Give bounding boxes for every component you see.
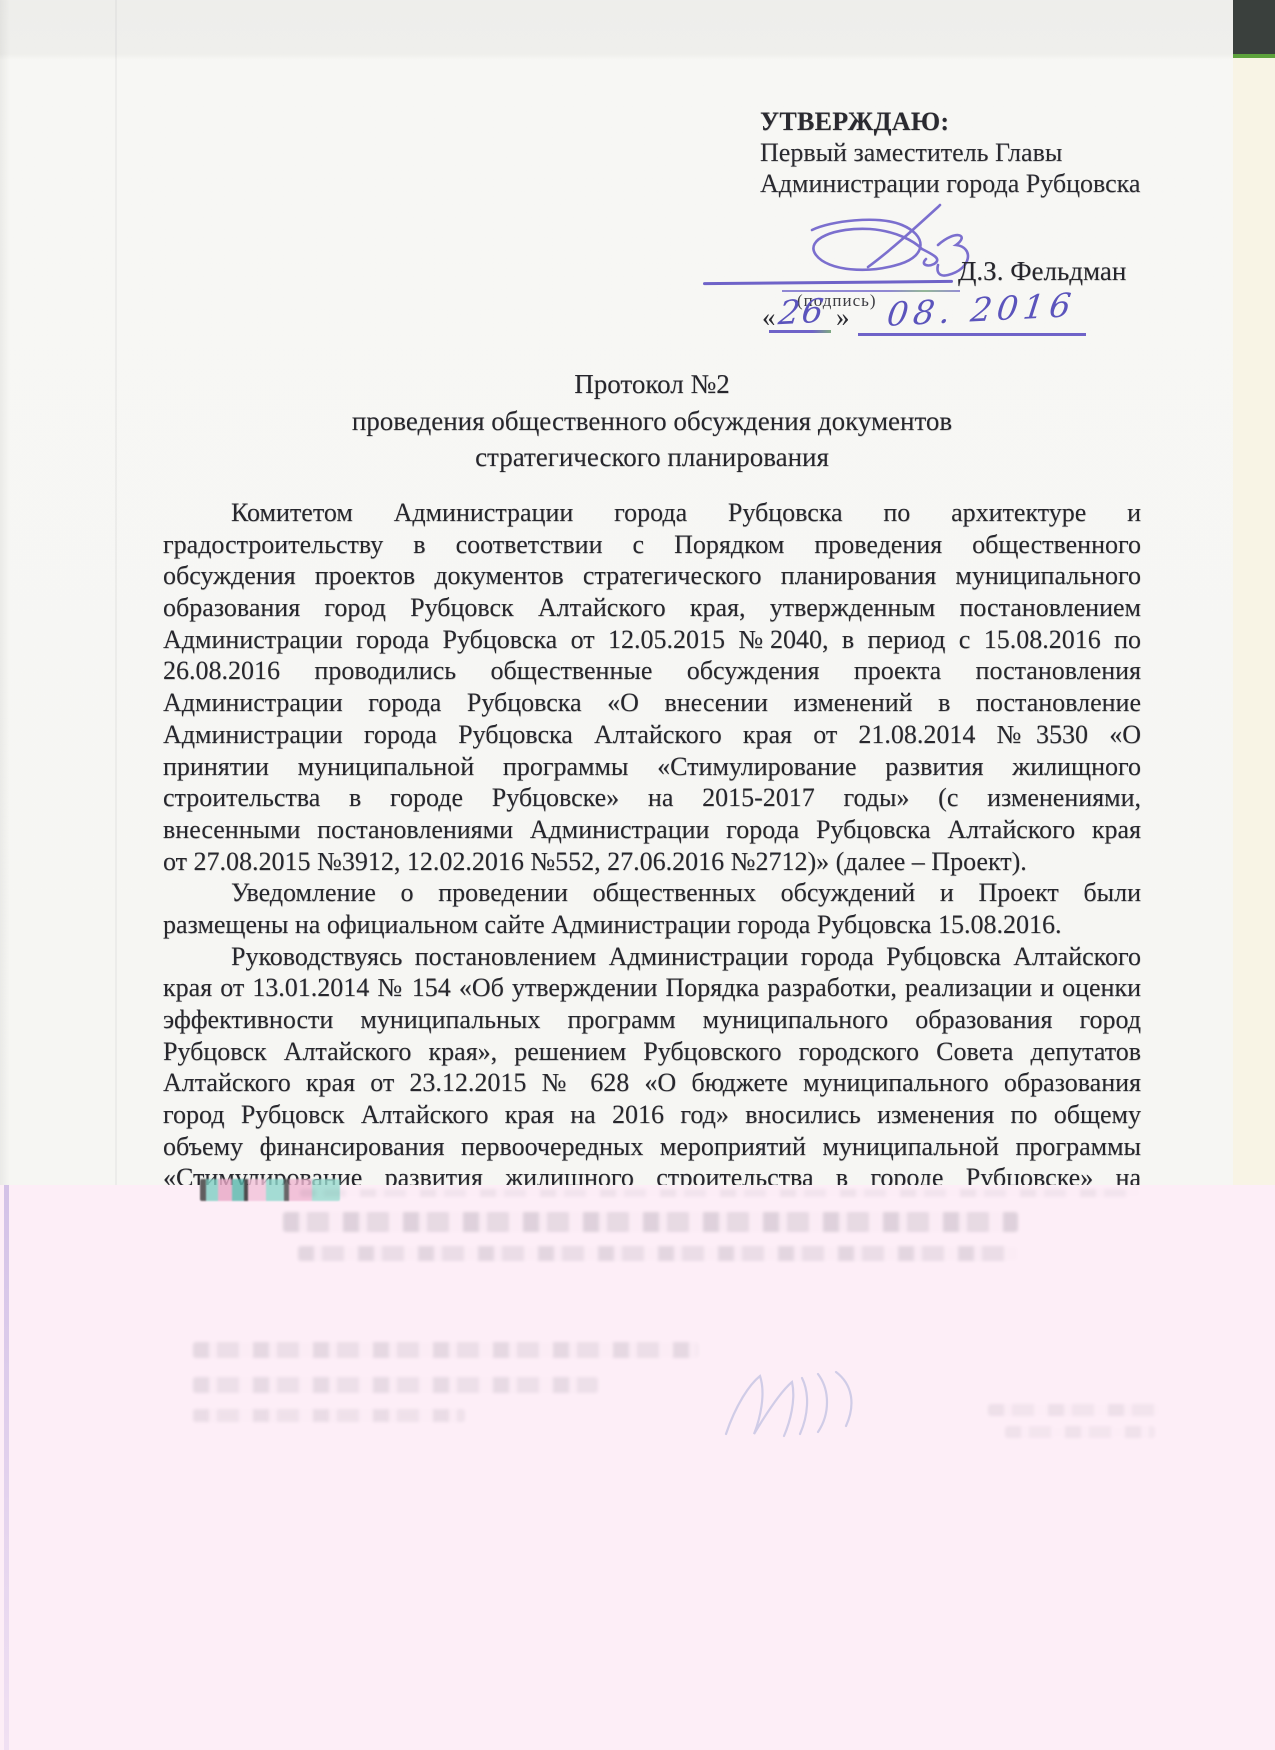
ghost-text-line xyxy=(193,1409,465,1422)
text-line: образования город Рубцовск Алтайского кр… xyxy=(163,592,1141,624)
text-line: город Рубцовск Алтайского края на 2016 г… xyxy=(163,1099,1141,1131)
text-line: Алтайского края от 23.12.2015 № 628 «О б… xyxy=(163,1067,1141,1099)
text-line: Комитетом Администрации города Рубцовска… xyxy=(163,497,1141,529)
page-fold-line xyxy=(115,0,117,1185)
ghost-text-line xyxy=(300,1189,1140,1197)
text-line: эффективности муниципальных программ мун… xyxy=(163,1004,1141,1036)
ghost-text-line xyxy=(193,1377,598,1393)
page-left-shadow xyxy=(0,0,10,1185)
scan-corner-square xyxy=(1233,0,1275,58)
paragraph: Комитетом Администрации города Рубцовска… xyxy=(163,497,1141,877)
title-line: проведения общественного обсуждения доку… xyxy=(163,403,1141,440)
text-line: принятии муниципальной программы «Стимул… xyxy=(163,751,1141,783)
scanned-document: УТВЕРЖДАЮ: Первый заместитель Главы Адми… xyxy=(0,0,1275,1750)
text-line: Администрации города Рубцовска Алтайског… xyxy=(163,719,1141,751)
title-line: Протокол №2 xyxy=(163,366,1141,403)
signer-name: Д.З. Фельдман xyxy=(958,256,1126,287)
corrupted-scan-region xyxy=(0,1185,1275,1750)
approval-heading: УТВЕРЖДАЮ: xyxy=(760,106,1140,137)
pink-left-edge-line xyxy=(4,1185,9,1750)
text-line: размещены на официальном сайте Администр… xyxy=(163,909,1141,941)
approver-title-line: Первый заместитель Главы xyxy=(760,137,1140,168)
text-line: от 27.08.2015 №3912, 12.02.2016 №552, 27… xyxy=(163,846,1141,878)
paragraph: Руководствуясь постановлением Администра… xyxy=(163,941,1141,1185)
text-line: Администрации города Рубцовска от 12.05.… xyxy=(163,624,1141,656)
document-page: УТВЕРЖДАЮ: Первый заместитель Главы Адми… xyxy=(0,0,1234,1185)
date-day-underline xyxy=(769,330,831,333)
text-line: 26.08.2016 проводились общественные обсу… xyxy=(163,655,1141,687)
text-line: обсуждения проектов документов стратегич… xyxy=(163,560,1141,592)
title-line: стратегического планирования xyxy=(163,439,1141,476)
ghost-text-line xyxy=(193,1342,698,1358)
text-line: края от 13.01.2014 № 154 «Об утверждении… xyxy=(163,972,1141,1004)
document-title: Протокол №2 проведения общественного обс… xyxy=(163,366,1141,476)
text-line: строительства в городе Рубцовске» на 201… xyxy=(163,782,1141,814)
text-line: Руководствуясь постановлением Администра… xyxy=(163,941,1141,973)
ghost-signature-ink xyxy=(706,1364,881,1454)
date-quote-close: » xyxy=(836,302,850,333)
ghost-text-line xyxy=(283,1212,1018,1232)
text-line: Рубцовск Алтайского края», решением Рубц… xyxy=(163,1036,1141,1068)
text-line: внесенными постановлениями Администрации… xyxy=(163,814,1141,846)
ghost-text-line xyxy=(1005,1426,1155,1438)
date-quote-open: « xyxy=(762,302,776,333)
text-line: объему финансирования первоочередных мер… xyxy=(163,1131,1141,1163)
text-line: Уведомление о проведении общественных об… xyxy=(163,877,1141,909)
right-edge-strip xyxy=(1233,58,1275,1185)
document-body: Комитетом Администрации города Рубцовска… xyxy=(163,497,1141,1185)
paragraph: Уведомление о проведении общественных об… xyxy=(163,877,1141,940)
text-line: градостроительству в соответствии с Поря… xyxy=(163,529,1141,561)
ghost-text-line xyxy=(298,1246,1018,1261)
text-line: Администрации города Рубцовска «О внесен… xyxy=(163,687,1141,719)
date-underline xyxy=(858,333,1086,336)
ghost-text-line xyxy=(988,1404,1160,1416)
date-day-handwritten: 26 xyxy=(776,291,827,332)
